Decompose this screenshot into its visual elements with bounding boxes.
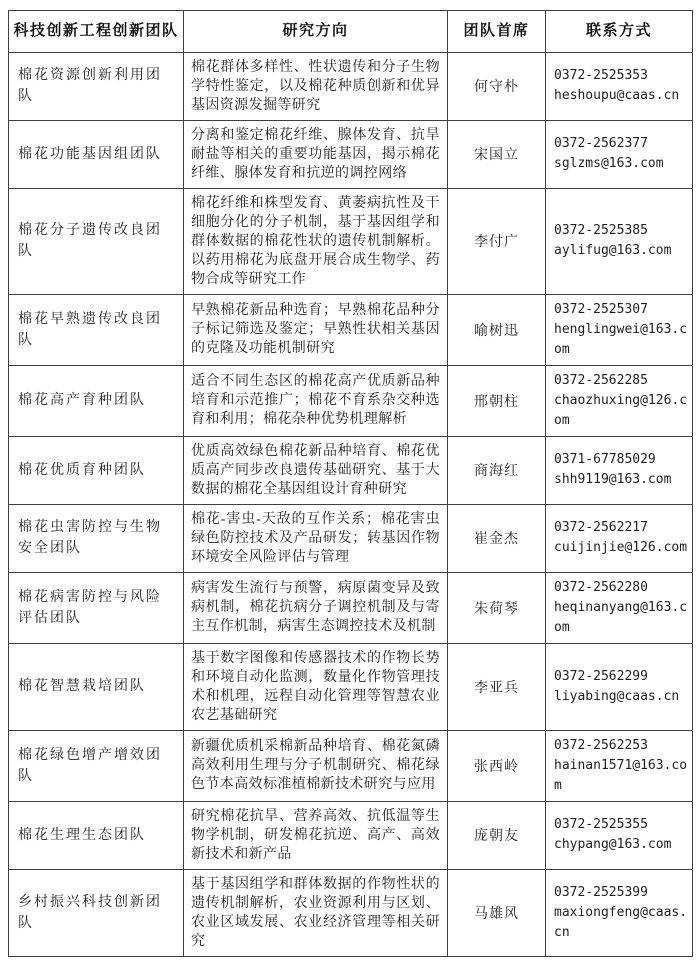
contact-cell: 0372-2525385 aylifug@163.com	[546, 188, 693, 294]
email-address: henglingwei@163.com	[554, 320, 688, 360]
research-direction-cell: 病害发生流行与预警，病原菌变异及致病机制，棉花抗病分子调控机制及与寄主互作机制，…	[184, 572, 448, 643]
innovation-teams-table: 科技创新工程创新团队 研究方向 团队首席 联系方式 棉花资源创新利用团队 棉花群…	[8, 10, 693, 957]
page: 科技创新工程创新团队 研究方向 团队首席 联系方式 棉花资源创新利用团队 棉花群…	[0, 0, 700, 966]
table-row: 棉花智慧栽培团队 基于数字图像和传感器技术的作物长势和环境自动化监测，数量化作物…	[9, 643, 693, 730]
phone-number: 0372-2562280	[554, 578, 688, 598]
team-name-cell: 棉花病害防控与风险评估团队	[9, 572, 184, 643]
contact-cell: 0371-67785029 shh9119@163.com	[546, 436, 693, 504]
contact-cell: 0372-2562299 liyabing@caas.cn	[546, 643, 693, 730]
table-row: 棉花绿色增产增效团队 新疆优质机采棉新品种培育、棉花氮磷高效利用生理与分子机制研…	[9, 730, 693, 801]
research-direction-cell: 基于数字图像和传感器技术的作物长势和环境自动化监测，数量化作物管理技术和机理，远…	[184, 643, 448, 730]
email-address: cuijinjie@126.com	[554, 538, 688, 558]
team-chief-cell: 李付广	[448, 188, 546, 294]
research-direction-cell: 基于基因组学和群体数据的作物性状的遗传机制解析，农业资源利用与区划、农业区域发展…	[184, 869, 448, 956]
phone-number: 0372-2562253	[554, 736, 688, 756]
phone-number: 0372-2562299	[554, 667, 688, 687]
email-address: shh9119@163.com	[554, 470, 688, 490]
team-name-cell: 棉花资源创新利用团队	[9, 52, 184, 120]
research-direction-cell: 新疆优质机采棉新品种培育、棉花氮磷高效利用生理与分子机制研究、棉花绿色节本高效标…	[184, 730, 448, 801]
team-name-cell: 棉花早熟遗传改良团队	[9, 294, 184, 365]
team-chief-cell: 马雄风	[448, 869, 546, 956]
phone-number: 0372-2562377	[554, 134, 688, 154]
email-address: maxiongfeng@caas.cn	[554, 903, 688, 943]
team-chief-cell: 商海红	[448, 436, 546, 504]
team-chief-cell: 何守朴	[448, 52, 546, 120]
research-direction-cell: 适合不同生态区的棉花高产优质新品种培育和示范推广；棉花不育系杂交种选育和利用；棉…	[184, 365, 448, 436]
table-header-row: 科技创新工程创新团队 研究方向 团队首席 联系方式	[9, 11, 693, 53]
research-direction-cell: 棉花-害虫-天敌的互作关系；棉花害虫绿色防控技术及产品研发；转基因作物环境安全风…	[184, 504, 448, 572]
research-direction-cell: 早熟棉花新品种选育；早熟棉花品种分子标记筛选及鉴定；早熟性状相关基因的克隆及功能…	[184, 294, 448, 365]
team-name-cell: 棉花优质育种团队	[9, 436, 184, 504]
email-address: heshoupu@caas.cn	[554, 86, 688, 106]
table-row: 棉花优质育种团队 优质高效绿色棉花新品种培育、棉花优质高产同步改良遗传基础研究、…	[9, 436, 693, 504]
phone-number: 0372-2525307	[554, 300, 688, 320]
phone-number: 0372-2525355	[554, 815, 688, 835]
research-direction-cell: 棉花纤维和株型发育、黄萎病抗性及干细胞分化的分子机制，基于基因组学和群体数据的棉…	[184, 188, 448, 294]
team-name-cell: 棉花绿色增产增效团队	[9, 730, 184, 801]
email-address: hainan1571@163.com	[554, 756, 688, 796]
email-address: heqinanyang@163.com	[554, 598, 688, 638]
email-address: chaozhuxing@126.com	[554, 391, 688, 431]
table-row: 棉花高产育种团队 适合不同生态区的棉花高产优质新品种培育和示范推广；棉花不育系杂…	[9, 365, 693, 436]
contact-cell: 0372-2562253 hainan1571@163.com	[546, 730, 693, 801]
team-name-cell: 棉花分子遗传改良团队	[9, 188, 184, 294]
team-name-cell: 棉花生理生态团队	[9, 801, 184, 869]
column-header-research-direction: 研究方向	[184, 11, 448, 53]
phone-number: 0372-2562217	[554, 518, 688, 538]
team-chief-cell: 宋国立	[448, 120, 546, 188]
research-direction-cell: 优质高效绿色棉花新品种培育、棉花优质高产同步改良遗传基础研究、基于大数据的棉花全…	[184, 436, 448, 504]
phone-number: 0372-2525353	[554, 66, 688, 86]
contact-cell: 0372-2525399 maxiongfeng@caas.cn	[546, 869, 693, 956]
table-row: 棉花病害防控与风险评估团队 病害发生流行与预警，病原菌变异及致病机制，棉花抗病分…	[9, 572, 693, 643]
research-direction-cell: 棉花群体多样性、性状遗传和分子生物学特性鉴定，以及棉花种质创新和优异基因资源发掘…	[184, 52, 448, 120]
team-chief-cell: 李亚兵	[448, 643, 546, 730]
email-address: aylifug@163.com	[554, 241, 688, 261]
contact-cell: 0372-2562280 heqinanyang@163.com	[546, 572, 693, 643]
table-row: 棉花生理生态团队 研究棉花抗旱、营养高效、抗低温等生物学机制，研发棉花抗逆、高产…	[9, 801, 693, 869]
team-chief-cell: 喻树迅	[448, 294, 546, 365]
phone-number: 0372-2562285	[554, 371, 688, 391]
contact-cell: 0372-2525353 heshoupu@caas.cn	[546, 52, 693, 120]
table-row: 棉花功能基因组团队 分离和鉴定棉花纤维、腺体发育、抗旱耐盐等相关的重要功能基因，…	[9, 120, 693, 188]
team-chief-cell: 邢朝柱	[448, 365, 546, 436]
table-row: 乡村振兴科技创新团队 基于基因组学和群体数据的作物性状的遗传机制解析，农业资源利…	[9, 869, 693, 956]
table-row: 棉花资源创新利用团队 棉花群体多样性、性状遗传和分子生物学特性鉴定，以及棉花种质…	[9, 52, 693, 120]
email-address: sglzms@163.com	[554, 154, 688, 174]
contact-cell: 0372-2562377 sglzms@163.com	[546, 120, 693, 188]
team-name-cell: 棉花功能基因组团队	[9, 120, 184, 188]
email-address: liyabing@caas.cn	[554, 687, 688, 707]
team-name-cell: 棉花智慧栽培团队	[9, 643, 184, 730]
phone-number: 0372-2525385	[554, 221, 688, 241]
contact-cell: 0372-2562285 chaozhuxing@126.com	[546, 365, 693, 436]
contact-cell: 0372-2562217 cuijinjie@126.com	[546, 504, 693, 572]
contact-cell: 0372-2525307 henglingwei@163.com	[546, 294, 693, 365]
research-direction-cell: 分离和鉴定棉花纤维、腺体发育、抗旱耐盐等相关的重要功能基因，揭示棉花纤维、腺体发…	[184, 120, 448, 188]
phone-number: 0372-2525399	[554, 883, 688, 903]
team-name-cell: 棉花虫害防控与生物安全团队	[9, 504, 184, 572]
table-row: 棉花早熟遗传改良团队 早熟棉花新品种选育；早熟棉花品种分子标记筛选及鉴定；早熟性…	[9, 294, 693, 365]
column-header-team-chief: 团队首席	[448, 11, 546, 53]
research-direction-cell: 研究棉花抗旱、营养高效、抗低温等生物学机制，研发棉花抗逆、高产、高效新技术和新产…	[184, 801, 448, 869]
team-chief-cell: 庞朝友	[448, 801, 546, 869]
contact-cell: 0372-2525355 chypang@163.com	[546, 801, 693, 869]
phone-number: 0371-67785029	[554, 450, 688, 470]
column-header-contact: 联系方式	[546, 11, 693, 53]
team-chief-cell: 朱荷琴	[448, 572, 546, 643]
team-name-cell: 棉花高产育种团队	[9, 365, 184, 436]
table-row: 棉花分子遗传改良团队 棉花纤维和株型发育、黄萎病抗性及干细胞分化的分子机制，基于…	[9, 188, 693, 294]
team-name-cell: 乡村振兴科技创新团队	[9, 869, 184, 956]
team-chief-cell: 崔金杰	[448, 504, 546, 572]
team-chief-cell: 张西岭	[448, 730, 546, 801]
column-header-team: 科技创新工程创新团队	[9, 11, 184, 53]
email-address: chypang@163.com	[554, 835, 688, 855]
table-body: 棉花资源创新利用团队 棉花群体多样性、性状遗传和分子生物学特性鉴定，以及棉花种质…	[9, 52, 693, 956]
table-row: 棉花虫害防控与生物安全团队 棉花-害虫-天敌的互作关系；棉花害虫绿色防控技术及产…	[9, 504, 693, 572]
